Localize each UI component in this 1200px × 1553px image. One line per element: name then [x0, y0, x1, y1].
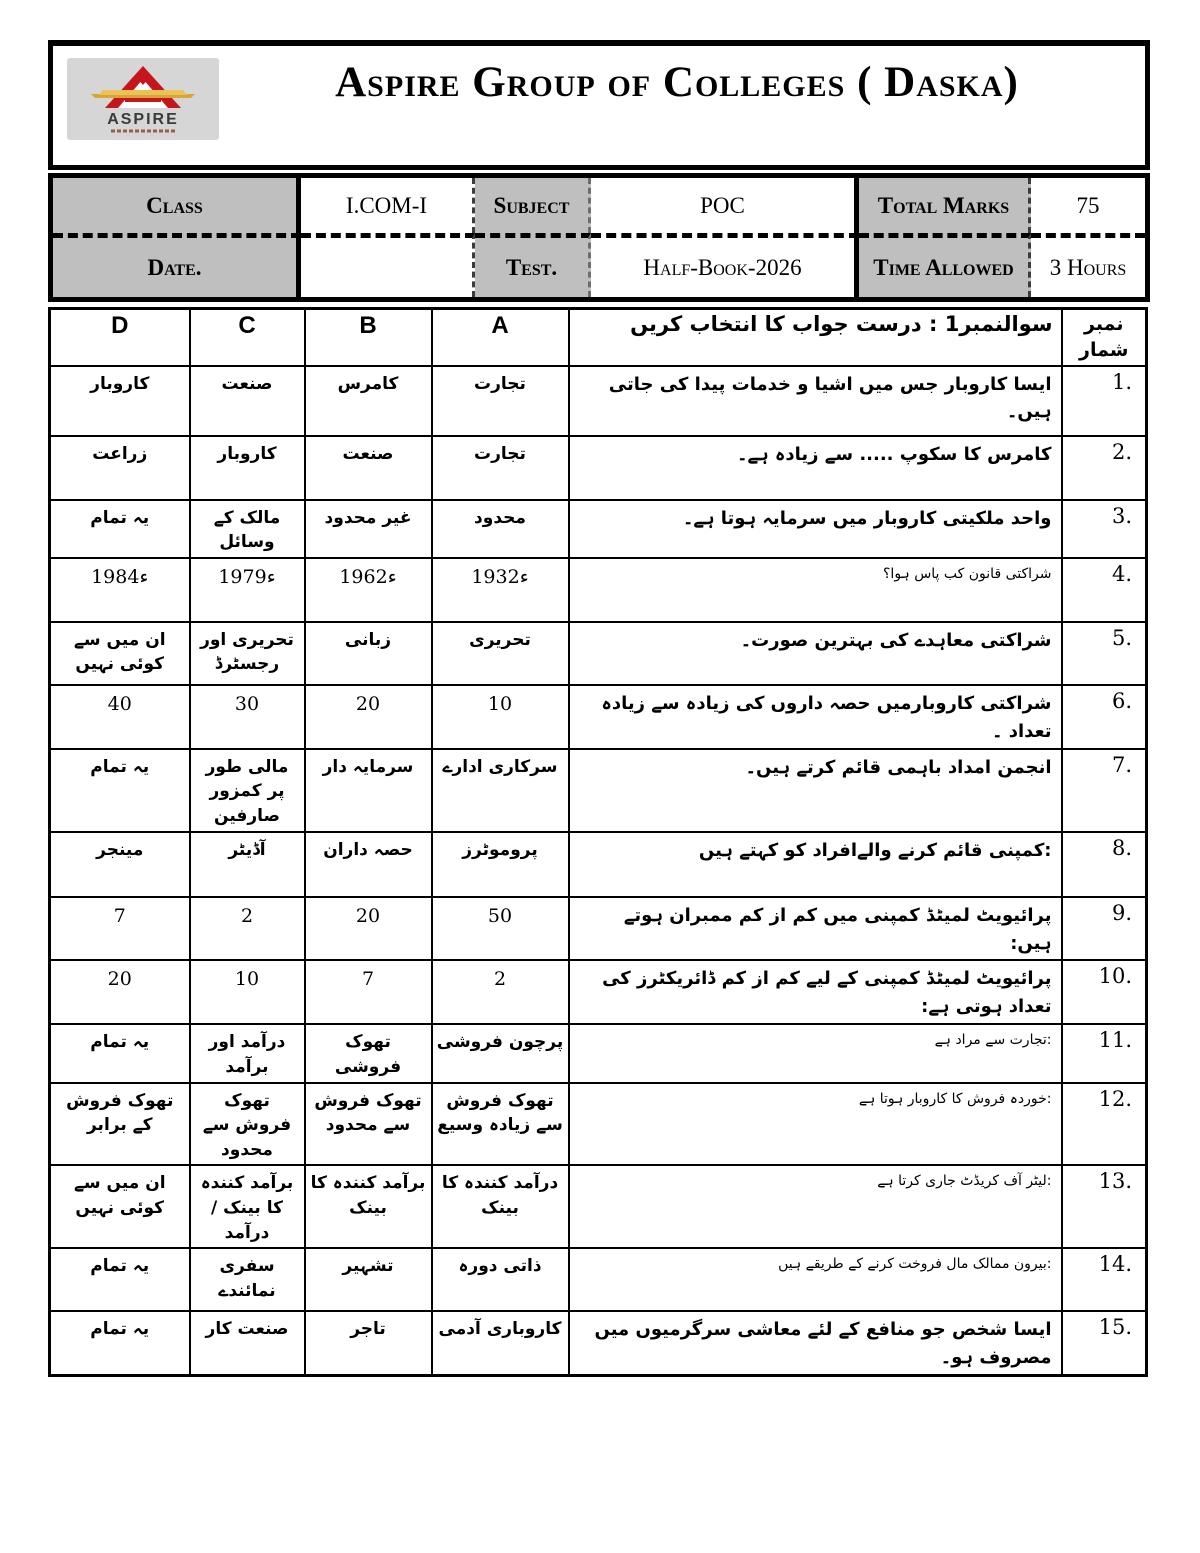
question-number: 15.: [1062, 1311, 1147, 1375]
question-text: شراکتی قانون کب پاس ہوا؟: [569, 558, 1062, 622]
option-d: ان میں سے کوئی نہیں: [50, 622, 190, 685]
option-b: کامرس: [305, 366, 432, 436]
total-marks-label: Total Marks: [859, 178, 1031, 233]
option-b: سرمایہ دار: [305, 749, 432, 832]
option-b: زبانی: [305, 622, 432, 685]
option-c-header: C: [190, 309, 305, 366]
test-label: Test.: [475, 233, 591, 297]
option-d: تھوک فروش کے برابر: [50, 1083, 190, 1166]
exam-paper-page: ASPIRE Aspire Group of Colleges ( Daska)…: [0, 0, 1200, 1553]
question-number: 7.: [1062, 749, 1147, 832]
option-d: 40: [50, 685, 190, 749]
option-d: کاروبار: [50, 366, 190, 436]
mcq-row: 3. واحد ملکیتی کاروبار میں سرمایہ ہوتا ہ…: [50, 500, 1147, 558]
question-number: 1.: [1062, 366, 1147, 436]
date-label: Date.: [53, 233, 301, 297]
question-text: پرائیویٹ لمیٹڈ کمپنی کے لیے کم از کم ڈائ…: [569, 960, 1062, 1024]
question-text: انجمن امداد باہمی قائم کرتے ہیں۔: [569, 749, 1062, 832]
question-text: ایسا کاروبار جس میں اشیا و خدمات پیدا کی…: [569, 366, 1062, 436]
option-b: تھوک فروش سے محدود: [305, 1083, 432, 1166]
logo-brand-text: ASPIRE: [107, 111, 179, 128]
option-a: 50: [432, 897, 569, 961]
option-a: سرکاری ادارے: [432, 749, 569, 832]
option-b: غیر محدود: [305, 500, 432, 558]
option-a: 2: [432, 960, 569, 1024]
option-c: 30: [190, 685, 305, 749]
mcq-row: 1. ایسا کاروبار جس میں اشیا و خدمات پیدا…: [50, 366, 1147, 436]
option-a: درآمد کنندہ کا بینک: [432, 1165, 569, 1248]
mcq-row: 9. پرائیویٹ لمیٹڈ کمپنی میں کم از کم ممب…: [50, 897, 1147, 961]
option-a: ذاتی دورہ: [432, 1248, 569, 1311]
option-d: زراعت: [50, 436, 190, 500]
option-b: ء1962: [305, 558, 432, 622]
option-b: صنعت: [305, 436, 432, 500]
option-d: یہ تمام: [50, 1024, 190, 1082]
subject-value: POC: [591, 178, 859, 233]
question-text: :بیرون ممالک مال فروخت کرنے کے طریقے ہیں: [569, 1248, 1062, 1311]
subject-label: Subject: [475, 178, 591, 233]
option-b: برآمد کنندہ کا بینک: [305, 1165, 432, 1248]
class-label: Class: [53, 178, 301, 233]
question-text: :خوردہ فروش کا کاروبار ہوتا ہے: [569, 1083, 1062, 1166]
mcq-row: 5. شراکتی معاہدے کی بہترین صورت۔ تحریری …: [50, 622, 1147, 685]
option-c: 10: [190, 960, 305, 1024]
option-c: صنعت: [190, 366, 305, 436]
question-text: ایسا شخص جو منافع کے لئے معاشی سرگرمیوں …: [569, 1311, 1062, 1375]
mcq-row: 8. :کمپنی قائم کرنے والےافراد کو کہتے ہی…: [50, 832, 1147, 897]
option-b: تاجر: [305, 1311, 432, 1375]
page-title: Aspire Group of Colleges ( Daska): [219, 60, 1135, 105]
option-b: 20: [305, 897, 432, 961]
option-a: محدود: [432, 500, 569, 558]
option-c: 2: [190, 897, 305, 961]
mcq-row: 7. انجمن امداد باہمی قائم کرتے ہیں۔ سرکا…: [50, 749, 1147, 832]
option-a: پروموٹرز: [432, 832, 569, 897]
option-b: تھوک فروشی: [305, 1024, 432, 1082]
option-a: تجارت: [432, 436, 569, 500]
option-d: ان میں سے کوئی نہیں: [50, 1165, 190, 1248]
question-number: 11.: [1062, 1024, 1147, 1082]
mcq-row: 15. ایسا شخص جو منافع کے لئے معاشی سرگرم…: [50, 1311, 1147, 1375]
class-value: I.COM-I: [301, 178, 475, 233]
time-allowed-label: Time Allowed: [859, 233, 1031, 297]
mcq-body: 1. ایسا کاروبار جس میں اشیا و خدمات پیدا…: [50, 366, 1147, 1376]
option-c: صنعت کار: [190, 1311, 305, 1375]
test-value: Half-Book-2026: [591, 233, 859, 297]
option-a: پرچون فروشی: [432, 1024, 569, 1082]
question-number: 9.: [1062, 897, 1147, 961]
question-number: 13.: [1062, 1165, 1147, 1248]
date-value: [301, 233, 475, 297]
time-allowed-value: 3 Hours: [1031, 233, 1145, 297]
option-c: درآمد اور برآمد: [190, 1024, 305, 1082]
option-b: تشہیر: [305, 1248, 432, 1311]
option-b: 20: [305, 685, 432, 749]
mcq-row: 6. شراکتی کاروبارمیں حصہ داروں کی زیادہ …: [50, 685, 1147, 749]
mcq-row: 2. کامرس کا سکوپ ..... سے زیادہ ہے۔ تجار…: [50, 436, 1147, 500]
mcq-row: 11. :تجارت سے مراد ہے پرچون فروشی تھوک ف…: [50, 1024, 1147, 1082]
mcq-table: نمبر شمار سوالنمبر1 : درست جواب کا انتخا…: [48, 307, 1148, 1377]
option-c: ء1979: [190, 558, 305, 622]
question-text: :تجارت سے مراد ہے: [569, 1024, 1062, 1082]
total-marks-value: 75: [1031, 178, 1145, 233]
question-text: شراکتی معاہدے کی بہترین صورت۔: [569, 622, 1062, 685]
option-a: کاروباری آدمی: [432, 1311, 569, 1375]
title-area: Aspire Group of Colleges ( Daska): [219, 58, 1135, 105]
option-c: کاروبار: [190, 436, 305, 500]
option-a: تحریری: [432, 622, 569, 685]
option-d: یہ تمام: [50, 500, 190, 558]
option-d: یہ تمام: [50, 749, 190, 832]
option-c: مالی طور پر کمزور صارفین: [190, 749, 305, 832]
option-c: تھوک فروش سے محدود: [190, 1083, 305, 1166]
option-d: یہ تمام: [50, 1311, 190, 1375]
question-text: کامرس کا سکوپ ..... سے زیادہ ہے۔: [569, 436, 1062, 500]
mcq-header: نمبر شمار سوالنمبر1 : درست جواب کا انتخا…: [50, 309, 1147, 366]
question-number: 5.: [1062, 622, 1147, 685]
question-number: 4.: [1062, 558, 1147, 622]
option-a: تھوک فروش سے زیادہ وسیع: [432, 1083, 569, 1166]
option-d: 7: [50, 897, 190, 961]
option-c: برآمد کنندہ کا بینک /درآمد: [190, 1165, 305, 1248]
question-number: 3.: [1062, 500, 1147, 558]
question-number: 10.: [1062, 960, 1147, 1024]
question-column-header: سوالنمبر1 : درست جواب کا انتخاب کریں: [569, 309, 1062, 366]
aspire-triangle-logo-icon: ASPIRE: [73, 62, 213, 136]
option-d-header: D: [50, 309, 190, 366]
option-b: حصہ داران: [305, 832, 432, 897]
header-box: ASPIRE Aspire Group of Colleges ( Daska): [48, 40, 1150, 170]
mcq-row: 13. :لیٹر آف کریڈٹ جاری کرتا ہے درآمد کن…: [50, 1165, 1147, 1248]
option-a: 10: [432, 685, 569, 749]
question-text: واحد ملکیتی کاروبار میں سرمایہ ہوتا ہے۔: [569, 500, 1062, 558]
option-c: مالک کے وسائل: [190, 500, 305, 558]
mcq-row: 10. پرائیویٹ لمیٹڈ کمپنی کے لیے کم از کم…: [50, 960, 1147, 1024]
option-c: سفری نمائندے: [190, 1248, 305, 1311]
question-number: 12.: [1062, 1083, 1147, 1166]
option-d: مینجر: [50, 832, 190, 897]
mcq-row: 12. :خوردہ فروش کا کاروبار ہوتا ہے تھوک …: [50, 1083, 1147, 1166]
question-text: :لیٹر آف کریڈٹ جاری کرتا ہے: [569, 1165, 1062, 1248]
option-b: 7: [305, 960, 432, 1024]
option-a: ء1932: [432, 558, 569, 622]
serial-column-header: نمبر شمار: [1062, 309, 1147, 366]
option-c: تحریری اور رجسٹرڈ: [190, 622, 305, 685]
question-number: 6.: [1062, 685, 1147, 749]
question-text: پرائیویٹ لمیٹڈ کمپنی میں کم از کم ممبران…: [569, 897, 1062, 961]
option-a-header: A: [432, 309, 569, 366]
question-text: :کمپنی قائم کرنے والےافراد کو کہتے ہیں: [569, 832, 1062, 897]
question-number: 2.: [1062, 436, 1147, 500]
mcq-row: 4. شراکتی قانون کب پاس ہوا؟ ء1932 ء1962 …: [50, 558, 1147, 622]
option-c: آڈیٹر: [190, 832, 305, 897]
option-d: ء1984: [50, 558, 190, 622]
option-d: 20: [50, 960, 190, 1024]
exam-info-table: Class I.COM-I Subject POC Total Marks 75…: [48, 173, 1150, 302]
question-number: 8.: [1062, 832, 1147, 897]
option-d: یہ تمام: [50, 1248, 190, 1311]
question-number: 14.: [1062, 1248, 1147, 1311]
option-b-header: B: [305, 309, 432, 366]
mcq-row: 14. :بیرون ممالک مال فروخت کرنے کے طریقے…: [50, 1248, 1147, 1311]
option-a: تجارت: [432, 366, 569, 436]
question-text: شراکتی کاروبارمیں حصہ داروں کی زیادہ سے …: [569, 685, 1062, 749]
college-logo: ASPIRE: [67, 58, 219, 140]
